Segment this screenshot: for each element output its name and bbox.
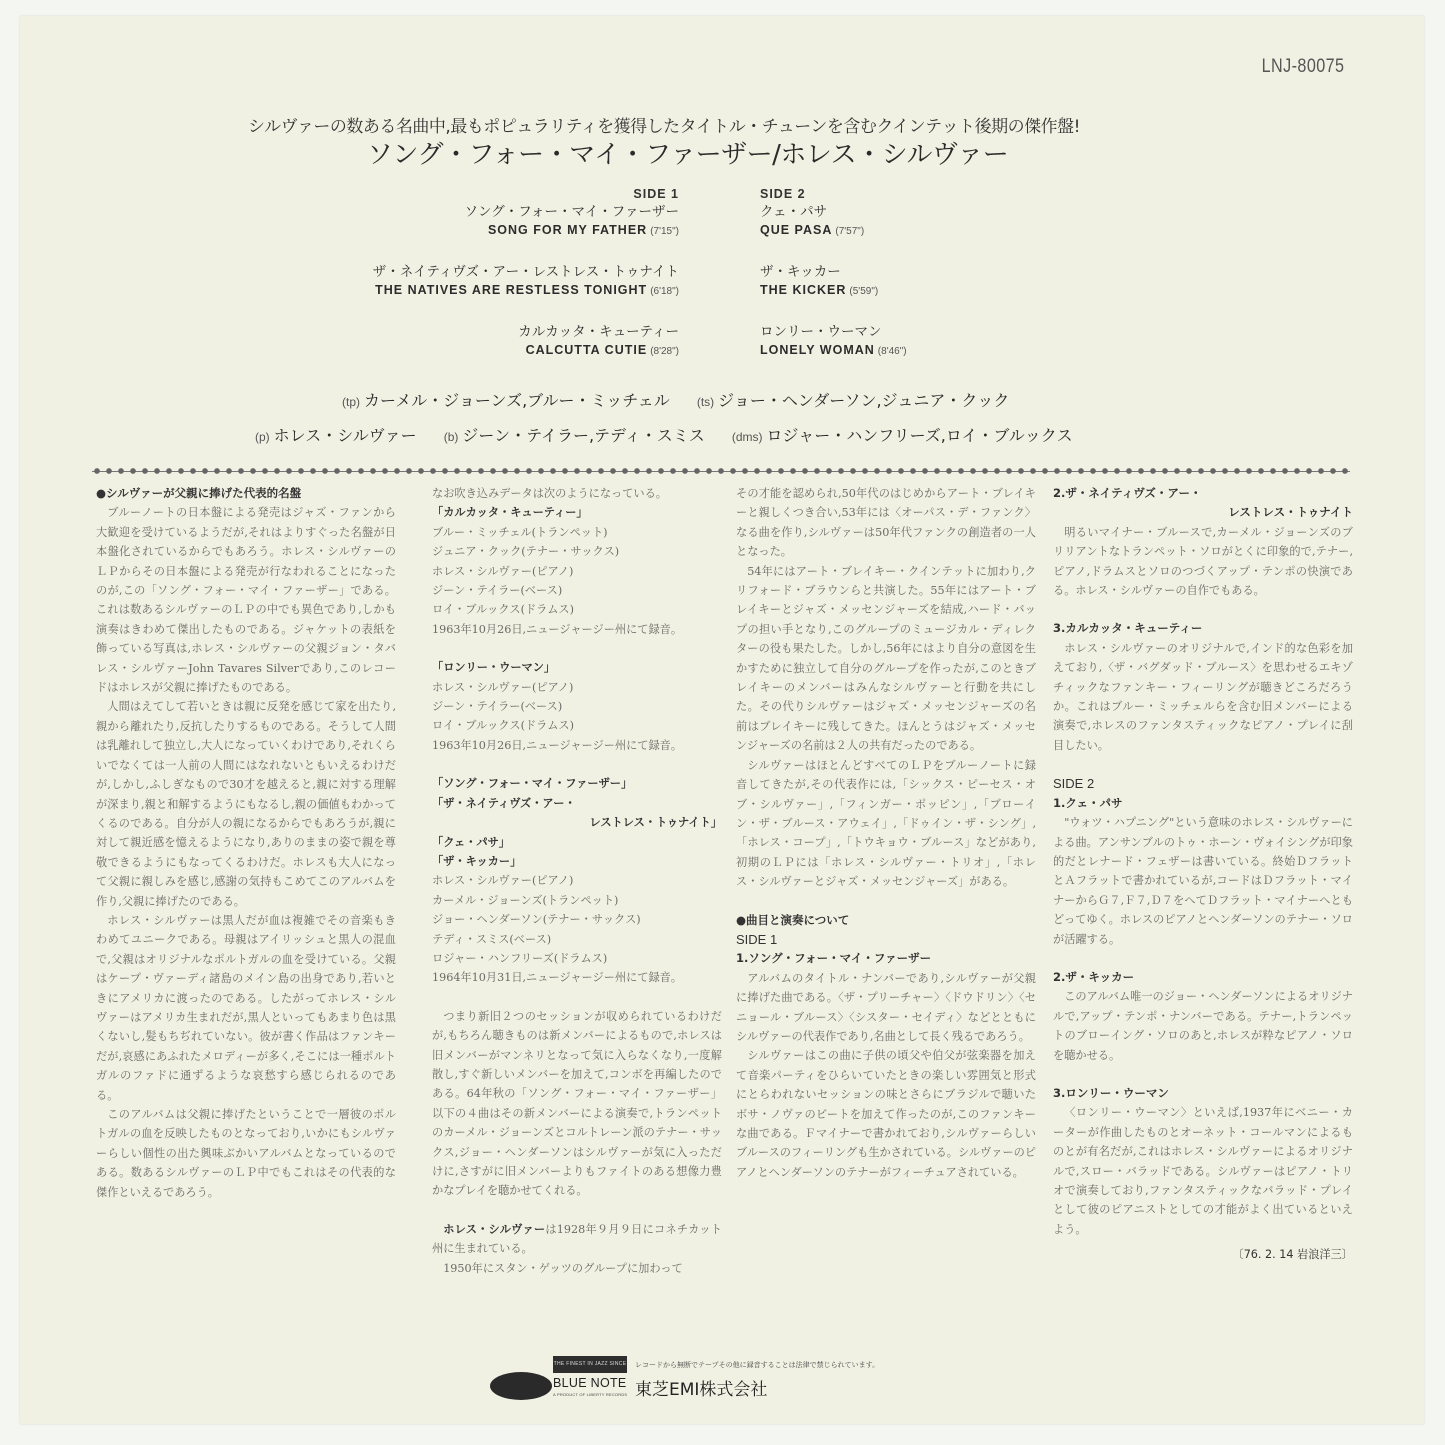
session-title: 「ザ・キッカー」	[432, 852, 722, 871]
track-heading: 1.クェ・パサ	[1053, 794, 1353, 813]
notes-column-3: その才能を認められ,50年代のはじめからアート・ブレイキーと親しくつき合い,53…	[736, 484, 1036, 1182]
musician: ロイ・ブルックス(ドラムス)	[432, 600, 722, 619]
track-title-en: THE KICKER(5'59")	[760, 282, 907, 300]
session-title: 「ソング・フォー・マイ・ファーザー」	[432, 774, 722, 793]
track: カルカッタ・キューティー CALCUTTA CUTIE(8'28")	[373, 322, 679, 382]
personnel-trumpet: (tp)カーメル・ジョーンズ,ブルー・ミッチェル	[342, 388, 670, 411]
paragraph: 人間はえてして若いときは親に反発を感じて家を出たり,親から離れたり,反抗したりす…	[96, 697, 396, 910]
track-title-jp: クェ・パサ	[760, 202, 907, 222]
musician: ホレス・シルヴァー(ピアノ)	[432, 562, 722, 581]
track-duration: (6'18")	[650, 286, 679, 297]
track-title-en: SONG FOR MY FATHER(7'15")	[373, 222, 679, 240]
side1-label: SIDE 1	[373, 186, 679, 202]
side-label: SIDE 2	[1053, 774, 1353, 793]
musician: カーメル・ジョーンズ(トランペット)	[432, 891, 722, 910]
track-duration: (7'57")	[835, 226, 864, 237]
paragraph: シルヴァーはこの曲に子供の頃父や伯父が弦楽器を加えて音楽パーティをひらいていたと…	[736, 1046, 1036, 1182]
paragraph: 1950年にスタン・ゲッツのグループに加わって	[432, 1259, 722, 1278]
track: ソング・フォー・マイ・ファーザー SONG FOR MY FATHER(7'15…	[373, 202, 679, 262]
paragraph: ホレス・シルヴァーは黒人だが血は複雑でその音楽もきわめてユニークである。母親はア…	[96, 911, 396, 1105]
author-signature: 〔76. 2. 14 岩浪洋三〕	[1053, 1245, 1353, 1264]
track-heading: 3.カルカッタ・キューティー	[1053, 619, 1353, 638]
beaded-divider	[92, 466, 1350, 476]
side2-label: SIDE 2	[760, 186, 907, 202]
recording-date: 1963年10月26日,ニュージャージー州にて録音。	[432, 736, 722, 755]
track-duration: (8'28")	[650, 346, 679, 357]
musician: ジーン・テイラー(ベース)	[432, 581, 722, 600]
session-title: 「ザ・ネイティヴズ・アー・	[432, 794, 722, 813]
track-heading: レストレス・トゥナイト	[1053, 503, 1353, 522]
musician: ロイ・ブルックス(ドラムス)	[432, 716, 722, 735]
side-label: SIDE 1	[736, 930, 1036, 949]
session-title: 「ロンリー・ウーマン」	[432, 658, 722, 677]
paragraph: つまり新旧２つのセッションが収められているわけだが,もちろん聴きものは新メンバー…	[432, 1007, 722, 1201]
session-title: 「カルカッタ・キューティー」	[432, 503, 722, 522]
paragraph: アルバムのタイトル・ナンバーであり,シルヴァーが父親に捧げた曲である。〈ザ・プリ…	[736, 969, 1036, 1047]
track-duration: (8'46")	[878, 346, 907, 357]
track-title-jp: ザ・ネイティヴズ・アー・レストレス・トゥナイト	[373, 262, 679, 282]
track-heading: 1.ソング・フォー・マイ・ファーザー	[736, 949, 1036, 968]
paragraph: 〈ロンリー・ウーマン〉といえば,1937年にベニー・カーターが作曲したものとオー…	[1053, 1103, 1353, 1239]
paragraph: 54年にはアート・ブレイキー・クインテットに加わり,クリフォード・ブラウンらと共…	[736, 562, 1036, 756]
track-title-jp: ザ・キッカー	[760, 262, 907, 282]
track: ザ・ネイティヴズ・アー・レストレス・トゥナイト THE NATIVES ARE …	[373, 262, 679, 322]
track-heading: 2.ザ・キッカー	[1053, 968, 1353, 987]
personnel-row: (tp)カーメル・ジョーンズ,ブルー・ミッチェル (ts)ジョー・ヘンダーソン,…	[342, 388, 1445, 411]
paragraph: 明るいマイナー・ブルースで,カーメル・ジョーンズのブリリアントなトランペット・ソ…	[1053, 523, 1353, 601]
musician: ロジャー・ハンフリーズ(ドラムス)	[432, 949, 722, 968]
copyright-notice: レコードから無断でテープその他に録音することは法律で禁じられています。	[635, 1360, 879, 1370]
side2-tracklist: SIDE 2 クェ・パサ QUE PASA(7'57") ザ・キッカー THE …	[760, 186, 907, 382]
personnel-bass: (b)ジーン・テイラー,テディ・スミス	[444, 423, 705, 446]
track-title-en: THE NATIVES ARE RESTLESS TONIGHT(6'18")	[373, 282, 679, 300]
section-heading: ●シルヴァーが父親に捧げた代表的名盤	[96, 484, 396, 503]
company-name: 東芝EMI株式会社	[635, 1375, 767, 1400]
musician: ホレス・シルヴァー(ピアノ)	[432, 871, 722, 890]
recording-date: 1964年10月31日,ニュージャージー州にて録音。	[432, 968, 722, 987]
side1-tracklist: SIDE 1 ソング・フォー・マイ・ファーザー SONG FOR MY FATH…	[373, 186, 679, 382]
paragraph: ホレス・シルヴァーのオリジナルで,インド的な色彩を加えており,〈ザ・バグダッド・…	[1053, 639, 1353, 755]
notes-column-2: なお吹き込みデータは次のようになっている。 「カルカッタ・キューティー」 ブルー…	[432, 484, 722, 1278]
paragraph: ホレス・シルヴァーは1928年９月９日にコネチカット州に生まれている。	[432, 1220, 722, 1259]
session-title: 「クェ・パサ」	[432, 833, 722, 852]
track-duration: (5'59")	[849, 286, 878, 297]
catalog-number: LNJ-80075	[1261, 56, 1344, 78]
track-duration: (7'15")	[650, 226, 679, 237]
personnel-drums: (dms)ロジャー・ハンフリーズ,ロイ・ブルックス	[732, 423, 1073, 446]
paragraph: その才能を認められ,50年代のはじめからアート・ブレイキーと親しくつき合い,53…	[736, 484, 1036, 562]
album-title: ソング・フォー・マイ・ファーザー/ホレス・シルヴァー	[367, 134, 1008, 171]
blue-note-logo-icon	[490, 1372, 552, 1400]
track-title-en: CALCUTTA CUTIE(8'28")	[373, 342, 679, 360]
musician: ジュニア・クック(テナー・サックス)	[432, 542, 722, 561]
track-title-jp: ロンリー・ウーマン	[760, 322, 907, 342]
track-heading: 2.ザ・ネイティヴズ・アー・	[1053, 484, 1353, 503]
personnel-row: (p)ホレス・シルヴァー (b)ジーン・テイラー,テディ・スミス (dms)ロジ…	[255, 423, 1445, 446]
musician: テディ・スミス(ベース)	[432, 930, 722, 949]
personnel-tenor-sax: (ts)ジョー・ヘンダーソン,ジュニア・クック	[697, 388, 1010, 411]
paragraph: "ウォツ・ハプニング"という意味のホレス・シルヴァーによる曲。アンサンブルのトゥ…	[1053, 813, 1353, 949]
musician: ジーン・テイラー(ベース)	[432, 697, 722, 716]
track-title-en: LONELY WOMAN(8'46")	[760, 342, 907, 360]
musician: ホレス・シルヴァー(ピアノ)	[432, 678, 722, 697]
label-sub: A PRODUCT OF LIBERTY RECORDS	[553, 1392, 627, 1397]
logo-tagline: THE FINEST IN JAZZ SINCE 1939	[553, 1356, 627, 1373]
label-name: BLUE NOTE	[553, 1376, 627, 1390]
paragraph: このアルバム唯一のジョー・ヘンダーソンによるオリジナルで,アップ・テンポ・ナンバ…	[1053, 987, 1353, 1065]
track: ロンリー・ウーマン LONELY WOMAN(8'46")	[760, 322, 907, 382]
section-heading: ●曲目と演奏について	[736, 911, 1036, 930]
track-title-jp: ソング・フォー・マイ・ファーザー	[373, 202, 679, 222]
paragraph: なお吹き込みデータは次のようになっている。	[432, 484, 722, 503]
notes-column-4: 2.ザ・ネイティヴズ・アー・ レストレス・トゥナイト 明るいマイナー・ブルースで…	[1053, 484, 1353, 1265]
track-heading: 3.ロンリー・ウーマン	[1053, 1084, 1353, 1103]
track-title-jp: カルカッタ・キューティー	[373, 322, 679, 342]
footer: THE FINEST IN JAZZ SINCE 1939 BLUE NOTE …	[490, 1350, 930, 1400]
recording-date: 1963年10月26日,ニュージャージー州にて録音。	[432, 620, 722, 639]
track-title-en: QUE PASA(7'57")	[760, 222, 907, 240]
musician: ブルー・ミッチェル(トランペット)	[432, 523, 722, 542]
track: クェ・パサ QUE PASA(7'57")	[760, 202, 907, 262]
track: ザ・キッカー THE KICKER(5'59")	[760, 262, 907, 322]
paragraph: シルヴァーはほとんどすべてのＬＰをブルーノートに録音してきたが,その代表作には,…	[736, 756, 1036, 892]
notes-column-1: ●シルヴァーが父親に捧げた代表的名盤 ブルーノートの日本盤による発売はジャズ・フ…	[96, 484, 396, 1202]
paragraph: このアルバムは父親に捧げたということで一層彼のポルトガルの血を反映したものとなっ…	[96, 1105, 396, 1202]
musician: ジョー・ヘンダーソン(テナー・サックス)	[432, 910, 722, 929]
paragraph: ブルーノートの日本盤による発売はジャズ・ファンから大歓迎を受けているようだが,そ…	[96, 503, 396, 697]
personnel-piano: (p)ホレス・シルヴァー	[255, 423, 417, 446]
session-title: レストレス・トゥナイト」	[432, 813, 722, 832]
